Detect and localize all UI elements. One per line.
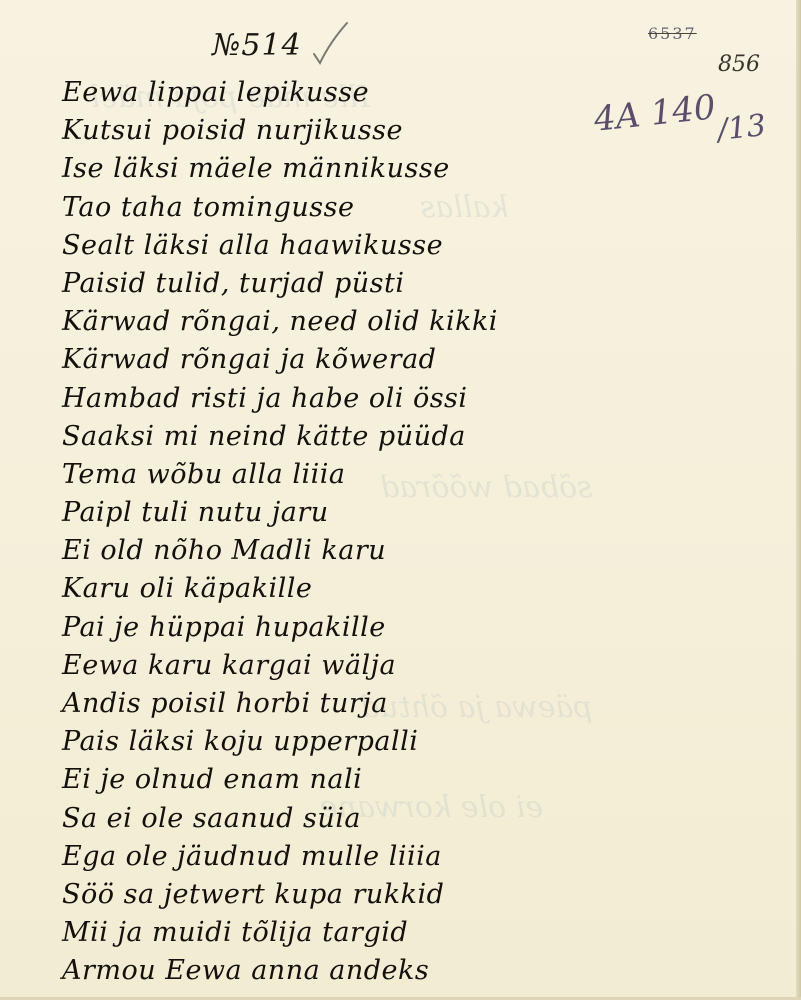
song-line: Ei old nõho Madli karu	[62, 532, 498, 570]
song-line: Ise läksi mäele männikusse	[62, 150, 498, 188]
song-line: Ega ole jäudnud mulle liiia	[62, 838, 498, 876]
page-right-edge	[796, 0, 801, 1000]
song-line: Saaksi mi neind kätte püüda	[62, 418, 498, 456]
song-line: Pais läksi koju upperpalli	[62, 723, 498, 761]
check-mark-icon	[310, 20, 350, 66]
song-line: Mii ja muidi tõlija targid	[62, 914, 498, 952]
page-number: 856	[718, 52, 760, 77]
song-line: Andis poisil horbi turja	[62, 685, 498, 723]
song-line: Sa ei ole saanud süia	[62, 800, 498, 838]
song-lines: Eewa lippai lepikusse Kutsui poisid nurj…	[62, 74, 498, 991]
song-line: Eewa karu kargai wälja	[62, 647, 498, 685]
song-line: Söö sa jetwert kupa rukkid	[62, 876, 498, 914]
song-line: Paipl tuli nutu jaru	[62, 494, 498, 532]
song-line: Tao taha tomingusse	[62, 189, 498, 227]
song-line: Hambad risti ja habe oli össi	[62, 380, 498, 418]
song-line: Ei je olnud enam nali	[62, 761, 498, 799]
song-line: Pai je hüppai hupakille	[62, 609, 498, 647]
song-line: Kutsui poisid nurjikusse	[62, 112, 498, 150]
song-line: Kärwad rõngai ja kõwerad	[62, 341, 498, 379]
archive-reference-main: 4A 140	[592, 87, 717, 140]
struck-out-number: 6537	[648, 24, 697, 43]
song-line: Tema wõbu alla liiia	[62, 456, 498, 494]
archive-reference-suffix: /13	[716, 108, 768, 148]
song-line: Eewa lippai lepikusse	[62, 74, 498, 112]
song-line: Paisid tulid, turjad püsti	[62, 265, 498, 303]
song-line: Armou Eewa anna andeks	[62, 952, 498, 990]
song-number-heading: №514	[212, 28, 302, 63]
song-line: Karu oli käpakille	[62, 570, 498, 608]
manuscript-page: Ille mäe poja mäel kallas sõbad wõõrad p…	[0, 0, 801, 1000]
song-line: Sealt läksi alla haawikusse	[62, 227, 498, 265]
song-line: Kärwad rõngai, need olid kikki	[62, 303, 498, 341]
archive-reference: 4A 140/13	[592, 82, 765, 140]
